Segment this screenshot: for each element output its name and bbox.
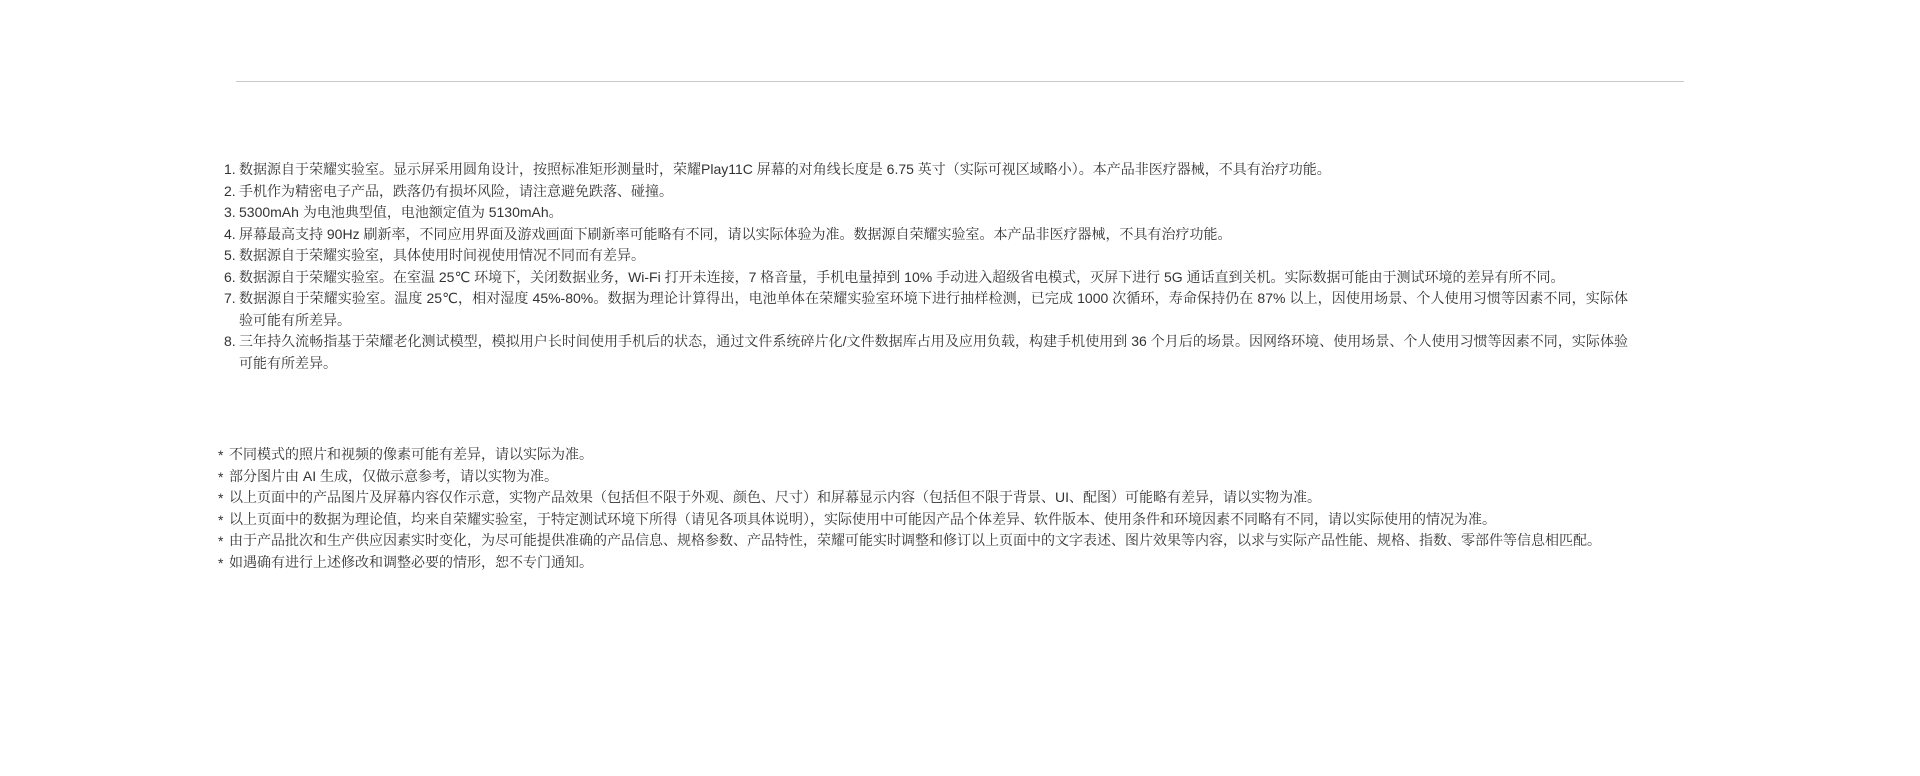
footnote-text: 5300mAh 为电池典型值，电池额定值为 5130mAh。 [239, 204, 563, 220]
footnote-text: 屏幕最高支持 90Hz 刷新率，不同应用界面及游戏画面下刷新率可能略有不同，请以… [239, 226, 1231, 242]
starred-note-6: * 如遇确有进行上述修改和调整必要的情形，恕不专门通知。 [218, 552, 1630, 574]
footnote-number: 3. [224, 202, 236, 224]
footnote-item-6: 6. 数据源自于荣耀实验室。在室温 25℃ 环境下，关闭数据业务，Wi-Fi 打… [224, 267, 1628, 289]
footnote-text: 手机作为精密电子产品，跌落仍有损坏风险，请注意避免跌落、碰撞。 [239, 183, 673, 199]
starred-note-5: * 由于产品批次和生产供应因素实时变化，为尽可能提供准确的产品信息、规格参数、产… [218, 530, 1630, 552]
numbered-footnotes: 1. 数据源自于荣耀实验室。显示屏采用圆角设计，按照标准矩形测量时，荣耀Play… [224, 159, 1628, 374]
starred-notes: * 不同模式的照片和视频的像素可能有差异，请以实际为准。 * 部分图片由 AI … [218, 444, 1630, 573]
footnote-item-8: 8. 三年持久流畅指基于荣耀老化测试模型，模拟用户长时间使用手机后的状态，通过文… [224, 331, 1628, 374]
starred-note-4: * 以上页面中的数据为理论值，均来自荣耀实验室，于特定测试环境下所得（请见各项具… [218, 509, 1630, 531]
asterisk-marker: * [218, 467, 223, 489]
footnote-text: 数据源自于荣耀实验室。温度 25℃，相对湿度 45%-80%。数据为理论计算得出… [239, 290, 1628, 328]
note-text: 由于产品批次和生产供应因素实时变化，为尽可能提供准确的产品信息、规格参数、产品特… [229, 532, 1601, 548]
asterisk-marker: * [218, 531, 223, 553]
footnote-number: 8. [224, 331, 236, 353]
footnotes-section: 1. 数据源自于荣耀实验室。显示屏采用圆角设计，按照标准矩形测量时，荣耀Play… [224, 81, 1684, 573]
asterisk-marker: * [218, 510, 223, 532]
starred-note-2: * 部分图片由 AI 生成，仅做示意参考，请以实物为准。 [218, 466, 1630, 488]
footnote-item-2: 2. 手机作为精密电子产品，跌落仍有损坏风险，请注意避免跌落、碰撞。 [224, 181, 1628, 203]
note-text: 如遇确有进行上述修改和调整必要的情形，恕不专门通知。 [229, 554, 593, 570]
footnote-number: 7. [224, 288, 236, 310]
footnote-item-4: 4. 屏幕最高支持 90Hz 刷新率，不同应用界面及游戏画面下刷新率可能略有不同… [224, 224, 1628, 246]
note-text: 部分图片由 AI 生成，仅做示意参考，请以实物为准。 [229, 468, 558, 484]
note-text: 不同模式的照片和视频的像素可能有差异，请以实际为准。 [229, 446, 593, 462]
footnote-number: 1. [224, 159, 236, 181]
footnote-item-5: 5. 数据源自于荣耀实验室，具体使用时间视使用情况不同而有差异。 [224, 245, 1628, 267]
footnote-text: 三年持久流畅指基于荣耀老化测试模型，模拟用户长时间使用手机后的状态，通过文件系统… [239, 333, 1628, 371]
footnote-item-1: 1. 数据源自于荣耀实验室。显示屏采用圆角设计，按照标准矩形测量时，荣耀Play… [224, 159, 1628, 181]
footnote-text: 数据源自于荣耀实验室，具体使用时间视使用情况不同而有差异。 [239, 247, 645, 263]
starred-note-1: * 不同模式的照片和视频的像素可能有差异，请以实际为准。 [218, 444, 1630, 466]
footnote-item-3: 3. 5300mAh 为电池典型值，电池额定值为 5130mAh。 [224, 202, 1628, 224]
section-divider [236, 81, 1684, 82]
footnote-item-7: 7. 数据源自于荣耀实验室。温度 25℃，相对湿度 45%-80%。数据为理论计… [224, 288, 1628, 331]
footnote-text: 数据源自于荣耀实验室。显示屏采用圆角设计，按照标准矩形测量时，荣耀Play11C… [239, 161, 1331, 177]
footnote-number: 4. [224, 224, 236, 246]
footnote-text: 数据源自于荣耀实验室。在室温 25℃ 环境下，关闭数据业务，Wi-Fi 打开未连… [239, 269, 1565, 285]
footnote-number: 2. [224, 181, 236, 203]
footnote-number: 6. [224, 267, 236, 289]
asterisk-marker: * [218, 445, 223, 467]
note-text: 以上页面中的产品图片及屏幕内容仅作示意，实物产品效果（包括但不限于外观、颜色、尺… [229, 489, 1321, 505]
starred-note-3: * 以上页面中的产品图片及屏幕内容仅作示意，实物产品效果（包括但不限于外观、颜色… [218, 487, 1630, 509]
note-text: 以上页面中的数据为理论值，均来自荣耀实验室，于特定测试环境下所得（请见各项具体说… [229, 511, 1496, 527]
asterisk-marker: * [218, 553, 223, 575]
asterisk-marker: * [218, 488, 223, 510]
footnote-number: 5. [224, 245, 236, 267]
